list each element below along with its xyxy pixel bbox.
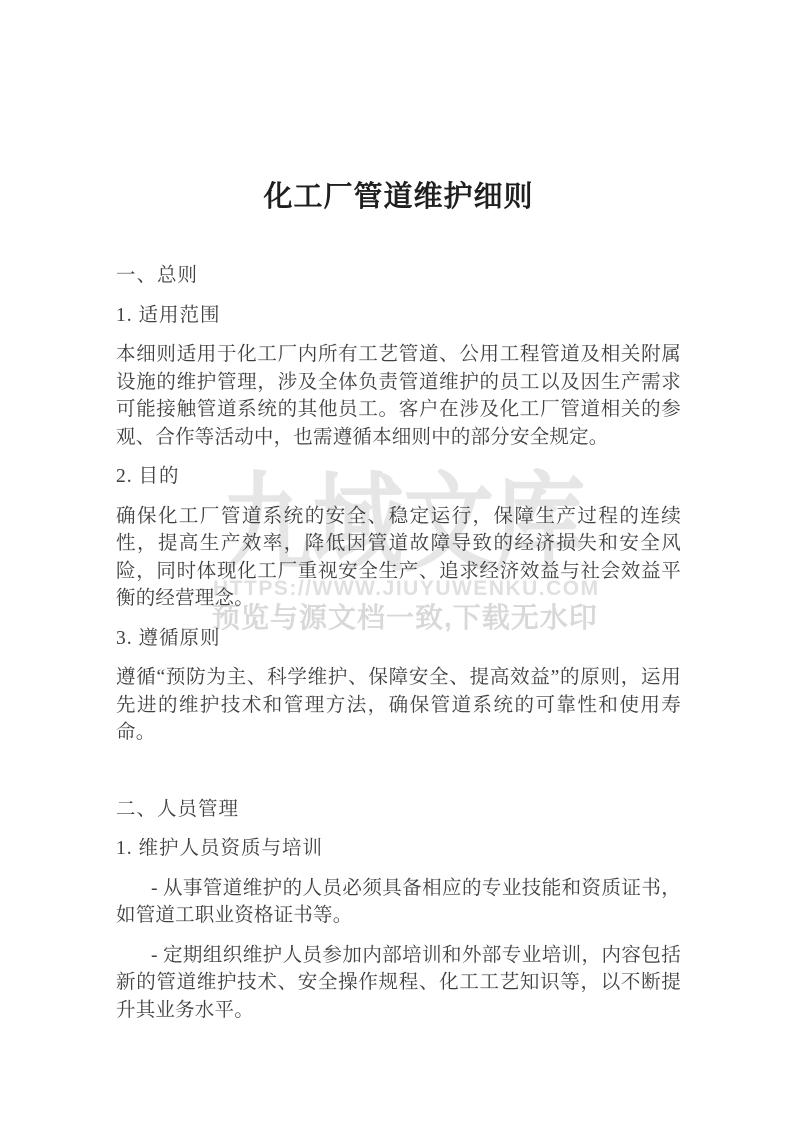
document-content: 化工厂管道维护细则 一、总则 1. 适用范围 本细则适用于化工厂内所有工艺管道、… xyxy=(116,0,681,1024)
section-heading-personnel-management: 二、人员管理 xyxy=(116,796,681,824)
document-title: 化工厂管道维护细则 xyxy=(116,177,681,217)
paragraph-purpose: 确保化工厂管道系统的安全、稳定运行，保障生产过程的连续性，提高生产效率，降低因管… xyxy=(116,503,681,613)
subsection-heading-principles: 3. 遵循原则 xyxy=(116,625,681,653)
document-page: 九域文库 HTTPS://WWW.JIUYUWENKU.COM 预览与源文档一致… xyxy=(0,0,793,1122)
subsection-heading-scope: 1. 适用范围 xyxy=(116,302,681,330)
bullet-paragraph-training: - 定期组织维护人员参加内部培训和外部专业培训，内容包括新的管道维护技术、安全操… xyxy=(116,942,681,1025)
subsection-heading-purpose: 2. 目的 xyxy=(116,463,681,491)
section-heading-general-rules: 一、总则 xyxy=(116,262,681,290)
subsection-heading-qualification-training: 1. 维护人员资质与培训 xyxy=(116,835,681,863)
paragraph-scope: 本细则适用于化工厂内所有工艺管道、公用工程管道及相关附属设施的维护管理，涉及全体… xyxy=(116,341,681,451)
bullet-paragraph-qualification: - 从事管道维护的人员必须具备相应的专业技能和资质证书，如管道工职业资格证书等。 xyxy=(116,875,681,930)
paragraph-principles: 遵循“预防为主、科学维护、保障安全、提高效益”的原则，运用先进的维护技术和管理方… xyxy=(116,664,681,747)
